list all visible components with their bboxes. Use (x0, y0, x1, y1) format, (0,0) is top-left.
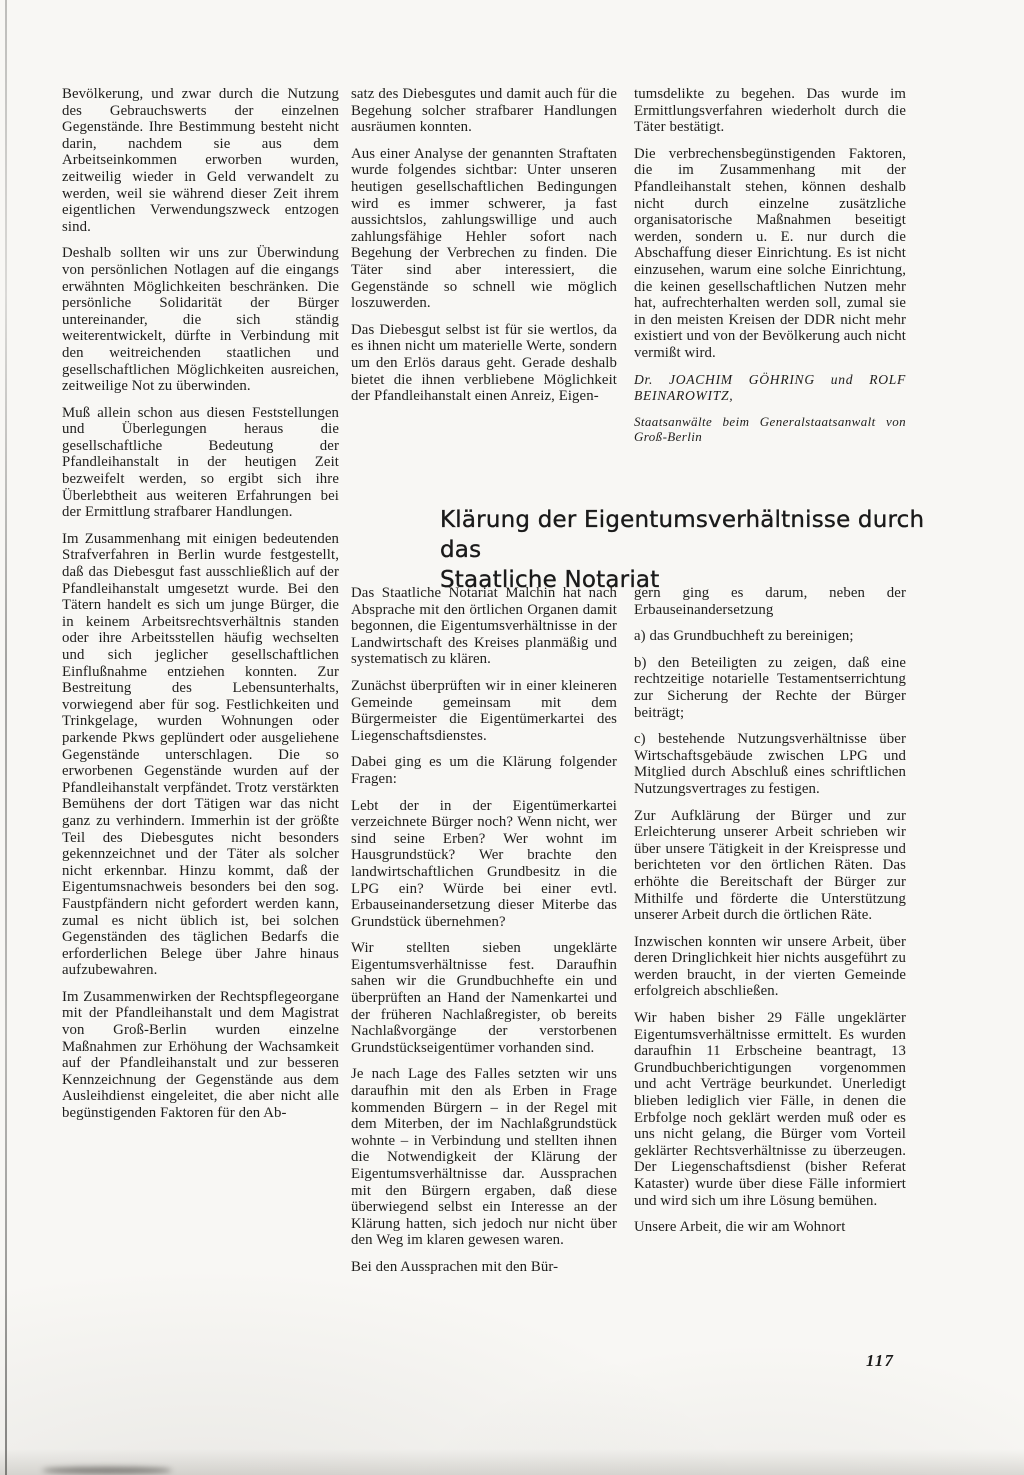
column-right-bottom: gern ging es darum, neben der Erbauseina… (634, 585, 906, 1236)
paragraph: Muß allein schon aus diesen Feststellung… (62, 405, 339, 521)
article-title: Klärung der Eigentumsverhältnisse durch … (440, 505, 930, 595)
list-item-c: c) bestehende Nutzungsverhältnisse über … (634, 731, 906, 797)
list-item-b: b) den Beteiligten zu zeigen, daß eine r… (634, 655, 906, 721)
paragraph: Wir stellten sieben ungeklärte Eigentums… (351, 940, 617, 1056)
paragraph: Je nach Lage des Falles setzten wir uns … (351, 1066, 617, 1249)
paragraph: tumsdelikte zu begehen. Das wurde im Erm… (634, 86, 906, 136)
paragraph: Die verbrechensbegünstigenden Faktoren, … (634, 146, 906, 362)
article-title-line-1: Klärung der Eigentumsverhältnisse durch … (440, 505, 930, 565)
paragraph: Zunächst überprüften wir in einer kleine… (351, 678, 617, 744)
scanned-journal-page: { "page": { "number": "117" }, "colors":… (0, 0, 1024, 1475)
paragraph: Das Diebesgut selbst ist für sie wertlos… (351, 322, 617, 405)
scan-edge-artifact (5, 0, 7, 1475)
paragraph: Aus einer Analyse der genannten Straftat… (351, 146, 617, 312)
paragraph: Inzwischen konnten wir unsere Arbeit, üb… (634, 934, 906, 1000)
paragraph: gern ging es darum, neben der Erbauseina… (634, 585, 906, 618)
paragraph: satz des Diebesgutes und damit auch für … (351, 86, 617, 136)
author-role: Staatsanwälte beim Generalstaatsanwalt v… (634, 414, 906, 445)
column-right-top: tumsdelikte zu begehen. Das wurde im Erm… (634, 86, 906, 445)
author-signature: Dr. JOACHIM GÖHRING und ROLF BEINAROWITZ… (634, 372, 906, 445)
paragraph: Unsere Arbeit, die wir am Wohnort (634, 1219, 906, 1236)
author-names: Dr. JOACHIM GÖHRING und ROLF BEINAROWITZ… (634, 372, 906, 404)
paragraph: Lebt der in der Eigentümerkartei verzeic… (351, 798, 617, 931)
paragraph: Bei den Aussprachen mit den Bür- (351, 1259, 617, 1276)
page-number: 117 (866, 1351, 894, 1371)
list-item-a: a) das Grundbuchheft zu bereinigen; (634, 628, 906, 645)
column-middle-bottom: Das Staatliche Notariat Malchin hat nach… (351, 585, 617, 1276)
paragraph: Das Staatliche Notariat Malchin hat nach… (351, 585, 617, 668)
paragraph: Wir haben bisher 29 Fälle ungeklärter Ei… (634, 1010, 906, 1209)
scan-bottom-smudge-artifact (42, 1467, 172, 1474)
paragraph: Bevölkerung, und zwar durch die Nutzung … (62, 86, 339, 235)
paragraph: Zur Aufklärung der Bürger und zur Erleic… (634, 808, 906, 924)
column-left: Bevölkerung, und zwar durch die Nutzung … (62, 86, 339, 1122)
paragraph: Im Zusammenwirken der Rechtspflegeorgane… (62, 989, 339, 1122)
column-middle-top: satz des Diebesgutes und damit auch für … (351, 86, 617, 405)
paragraph: Deshalb sollten wir uns zur Überwindung … (62, 245, 339, 394)
paragraph: Dabei ging es um die Klärung folgender F… (351, 754, 617, 787)
paragraph: Im Zusammenhang mit einigen bedeutenden … (62, 531, 339, 979)
